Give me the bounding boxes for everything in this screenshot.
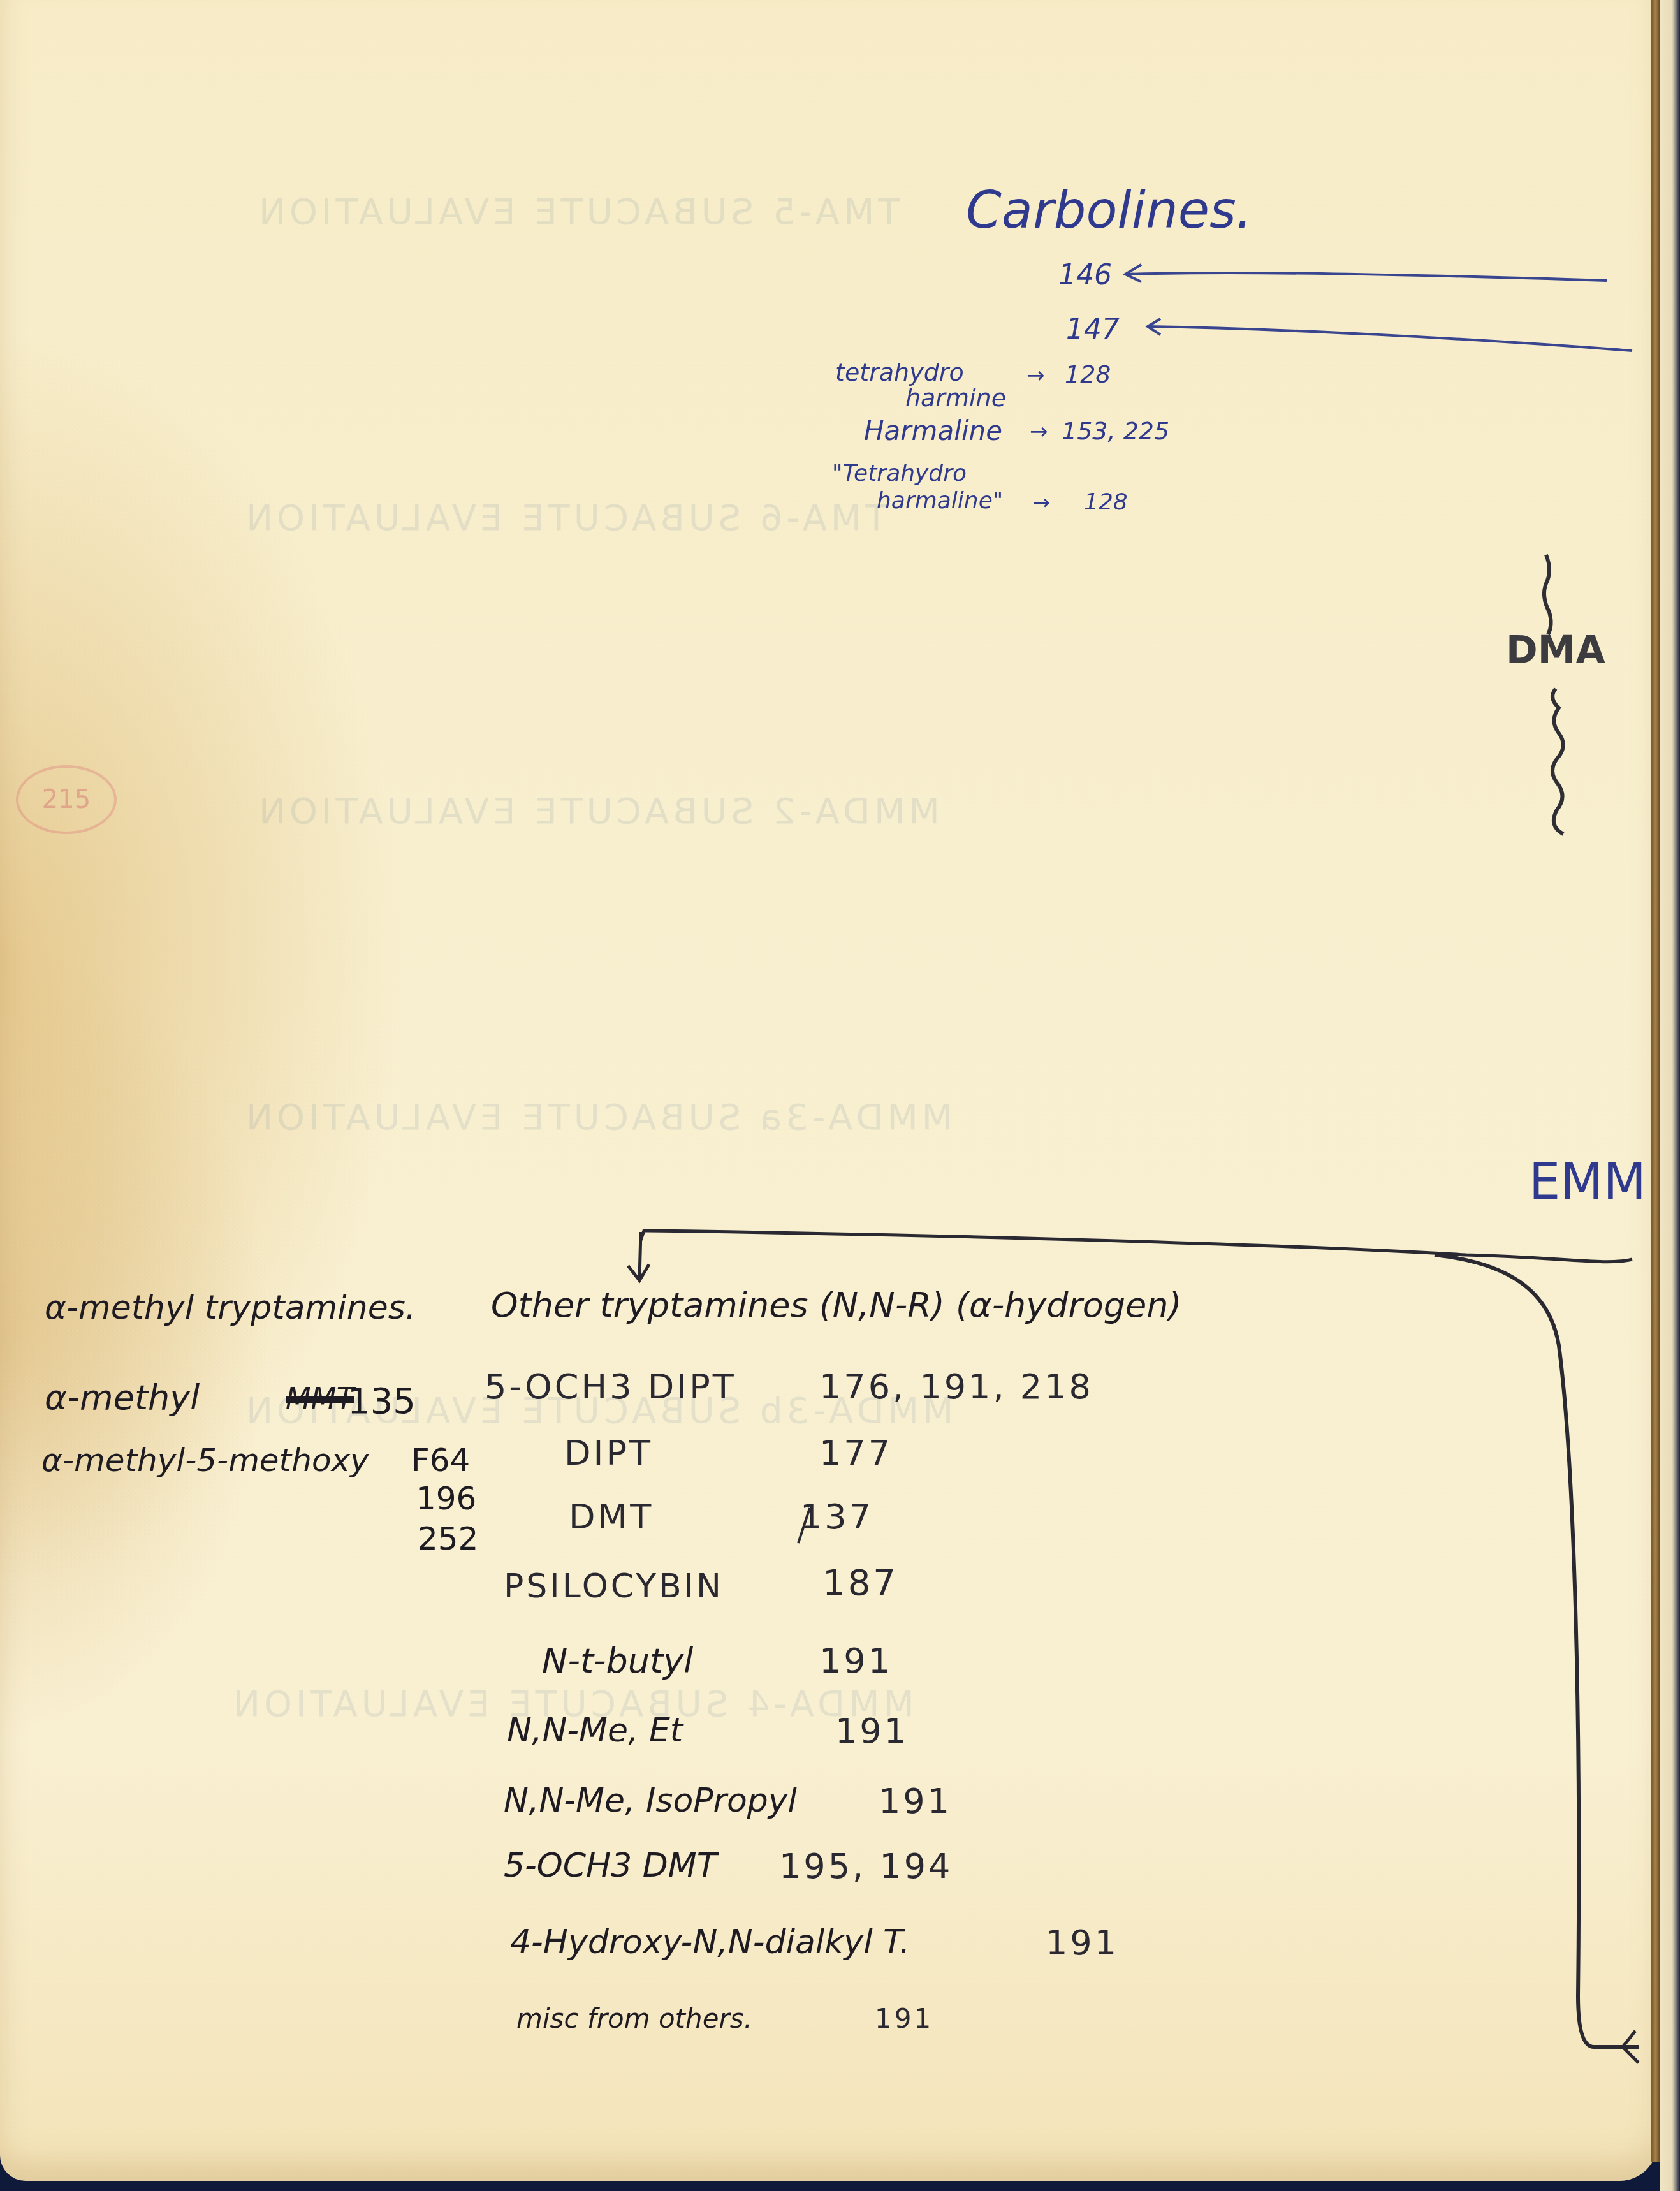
bracket-down-arrow xyxy=(628,1232,649,1280)
page-edge-stain xyxy=(1651,0,1660,2162)
arrow-147-line xyxy=(1148,326,1632,351)
bracket-top-line xyxy=(641,1231,1632,1262)
notebook-page: TMA-5 SUBACUTE EVALUATION TMA-6 SUBACUTE… xyxy=(0,0,1658,2181)
arrow-146-line xyxy=(1125,273,1607,281)
dma-bracket-bottom xyxy=(1552,689,1563,834)
ink-lines xyxy=(0,0,1680,2191)
next-page-edge xyxy=(1660,0,1680,2191)
dmt-caret xyxy=(798,1508,810,1543)
dma-bracket-top xyxy=(1544,555,1551,634)
bracket-right-line xyxy=(1435,1255,1639,2047)
